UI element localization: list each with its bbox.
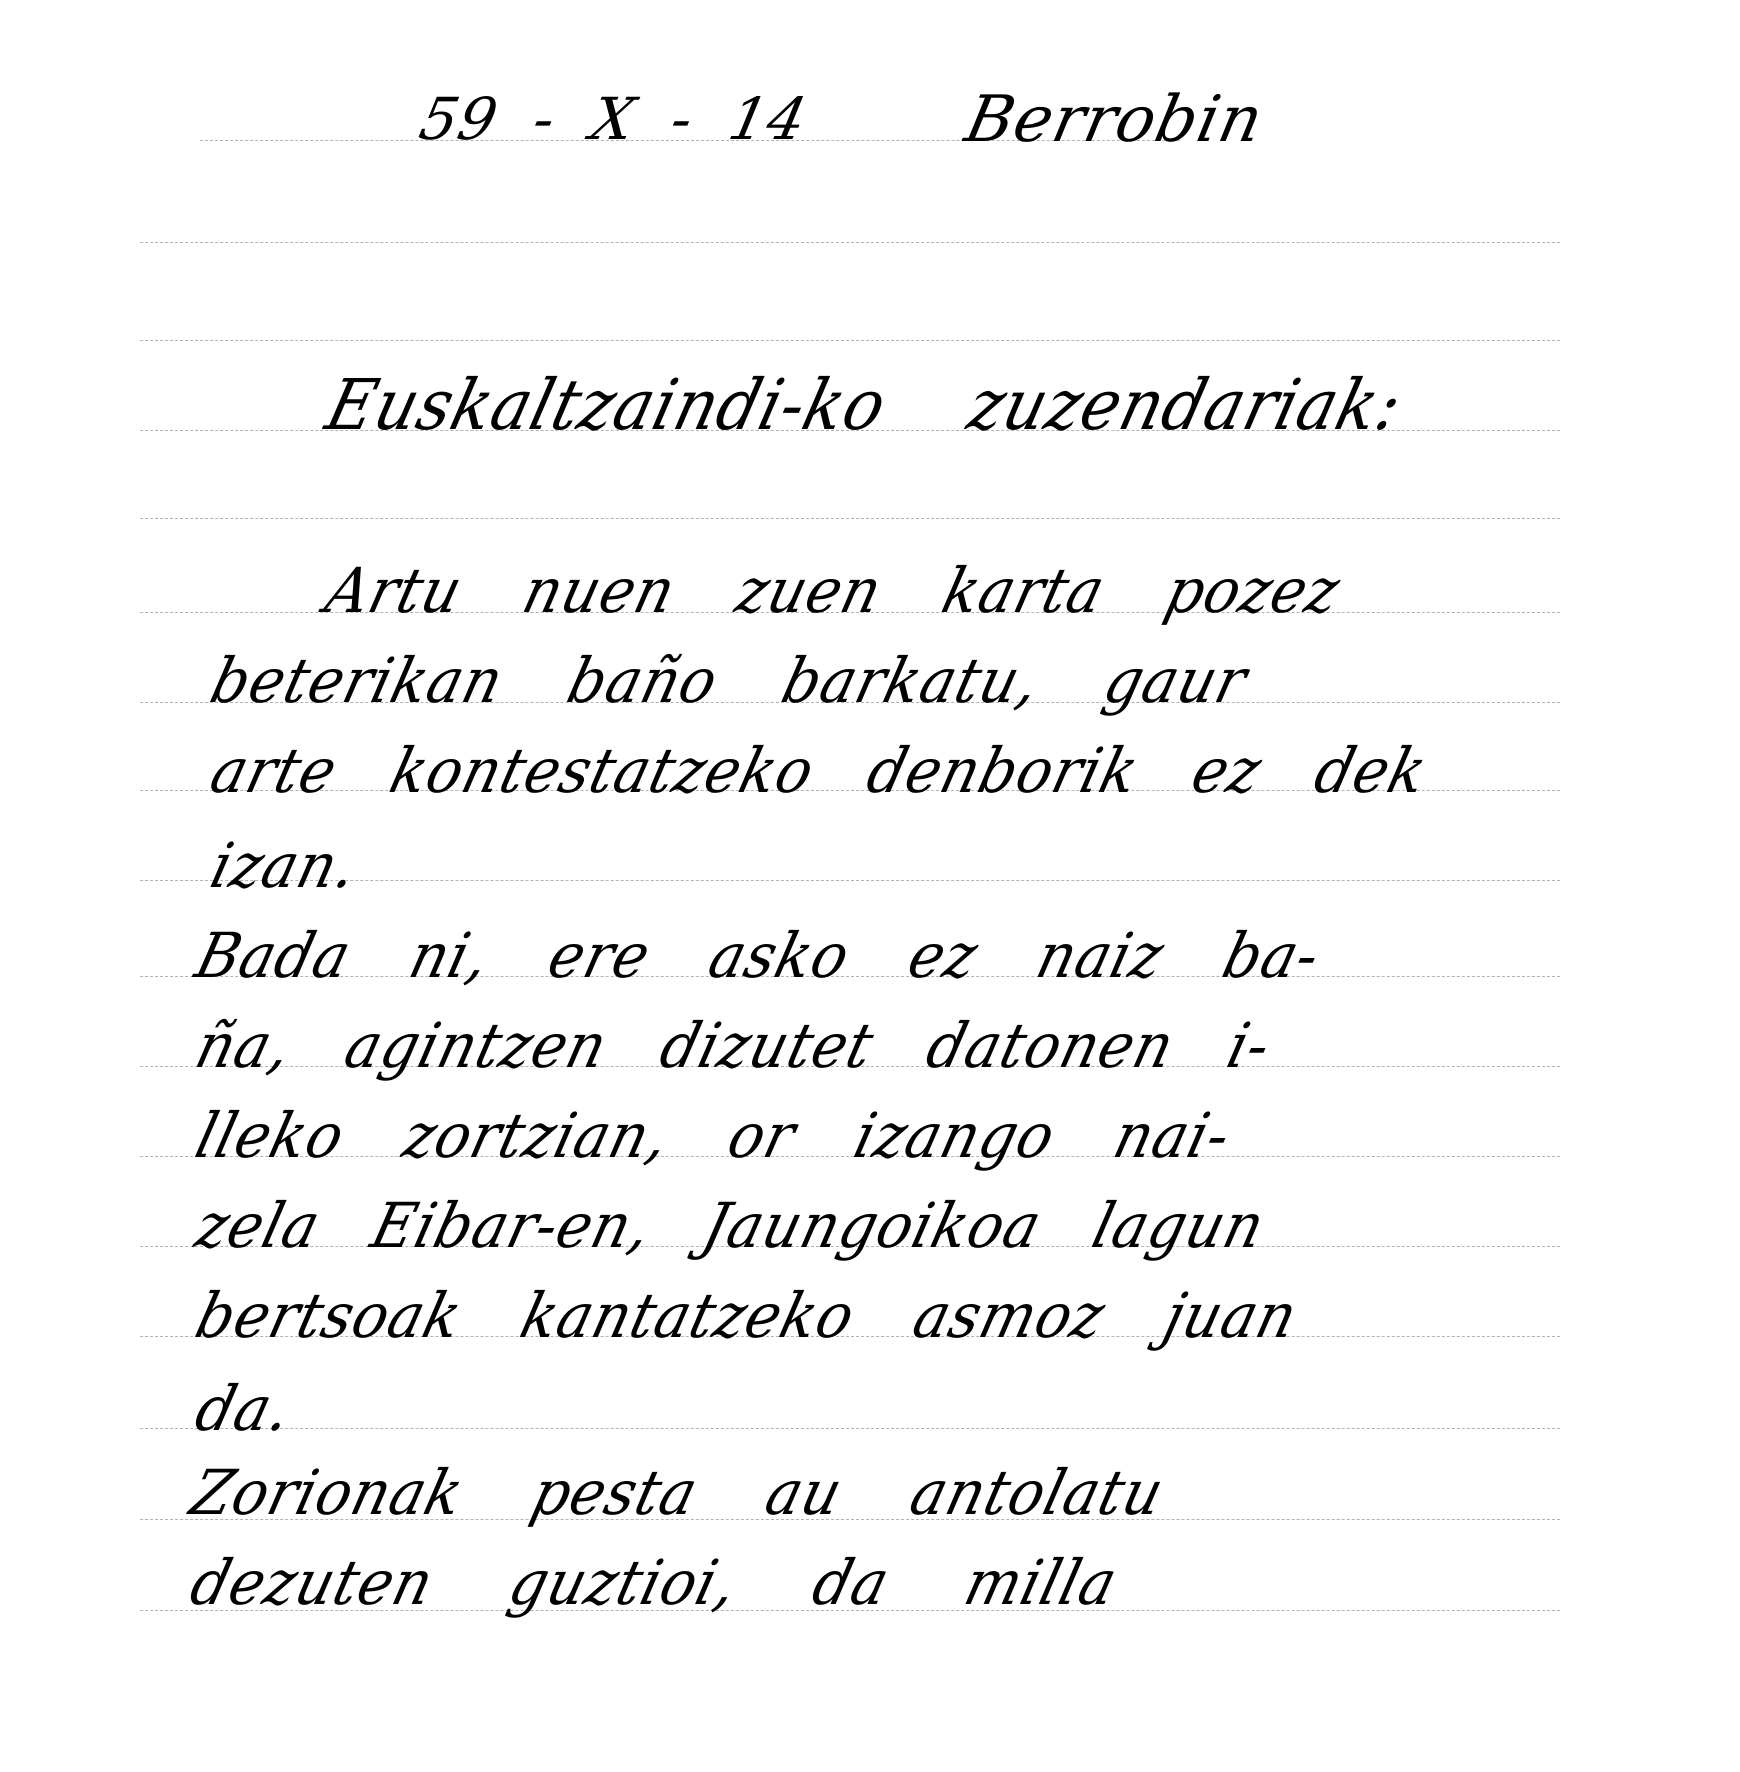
ruled-line (140, 1428, 1560, 1429)
letter-date: 59 - X - 14 (415, 90, 812, 148)
letter-place: Berrobin (960, 88, 1269, 152)
body-line: Artu nuen zuen karta pozez (320, 560, 1346, 622)
body-line: Zorionak pesta au antolatu (185, 1462, 1170, 1524)
body-line: izan. (205, 835, 364, 897)
ruled-line (140, 880, 1560, 881)
body-line: zela Eibar-en, Jaungoikoa lagun (190, 1195, 1271, 1257)
letter-page: 59 - X - 14 Berrobin Euskaltzaindi-ko zu… (0, 0, 1740, 1772)
body-line: dezuten guztioi, da milla (185, 1552, 1123, 1614)
ruled-line (140, 340, 1560, 341)
body-line: Bada ni, ere asko ez naiz ba- (190, 925, 1326, 987)
body-line: arte kontestatzeko denborik ez dek (205, 740, 1433, 802)
body-line: ña, agintzen dizutet datonen i- (190, 1015, 1277, 1077)
salutation: Euskaltzaindi-ko zuzendariak: (320, 370, 1409, 440)
body-line: da. (190, 1378, 298, 1440)
ruled-line (140, 518, 1560, 519)
ruled-line (140, 242, 1560, 243)
body-line: beterikan baño barkatu, gaur (205, 650, 1253, 712)
body-line: bertsoak kantatzeko asmoz juan (190, 1285, 1304, 1347)
body-line: lleko zortzian, or izango nai- (190, 1105, 1237, 1167)
